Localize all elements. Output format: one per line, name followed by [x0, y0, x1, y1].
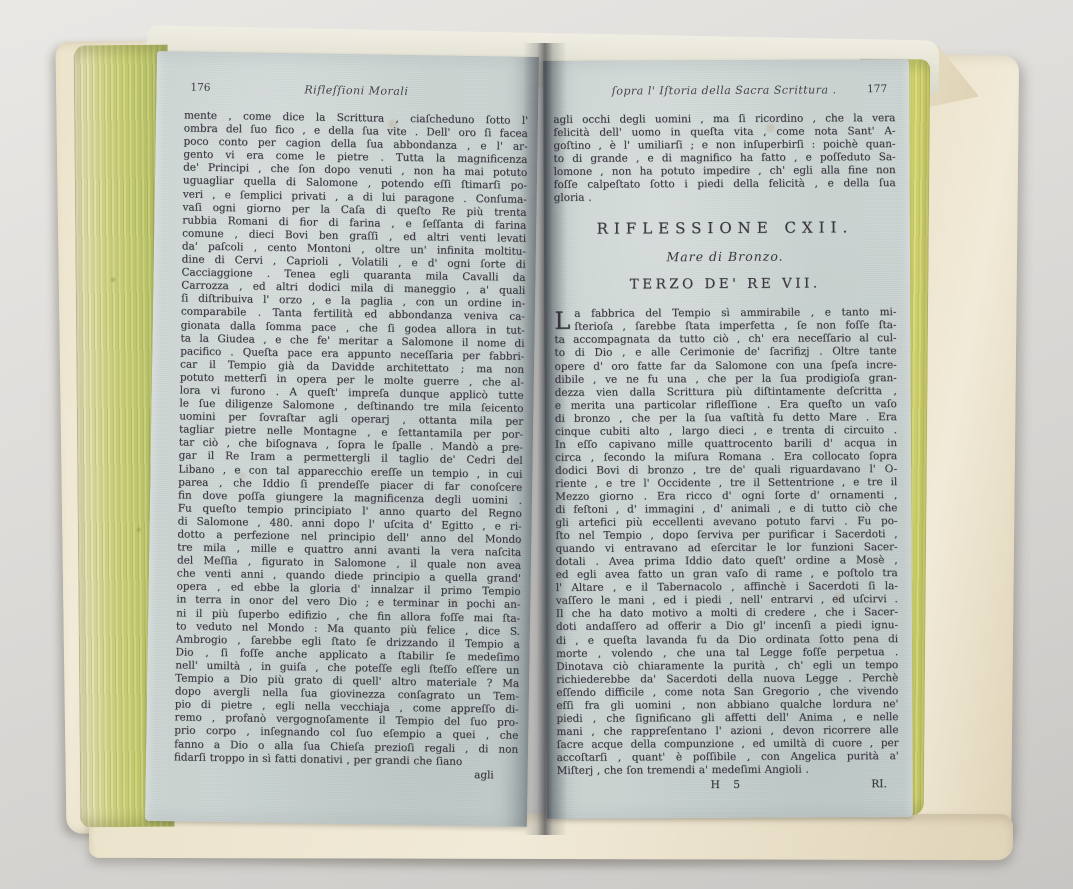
text-line: morte , volendo , che una tal Legge foſſ… — [556, 646, 898, 661]
text-line: accoſtarſi , quant' è poſſibile , con An… — [557, 750, 899, 765]
section-title: RIFLESSIONE CXII. — [554, 218, 896, 238]
right-page-intro-text: agli occhi degli uomini , ma ſi ricordin… — [553, 112, 895, 205]
right-page: ſopra l' Iſtoria della Sacra Scrittura .… — [543, 59, 913, 819]
text-line: dezza vien dalla Scrittura più diſtintam… — [555, 385, 897, 400]
text-line: doti andaſſero ad offerir a Dio gl' ince… — [556, 620, 898, 635]
book-photograph: 176 Rifleſſioni Morali mente , come dice… — [0, 0, 1073, 889]
text-line: richiederebbe da' Sacerdoti della nuova … — [556, 672, 898, 687]
page-footer: H 5 RI. — [557, 778, 899, 794]
left-page: 176 Rifleſſioni Morali mente , come dice… — [145, 51, 539, 827]
right-page-content: ſopra l' Iſtoria della Sacra Scrittura .… — [543, 59, 913, 819]
running-title-left: Rifleſſioni Morali — [184, 81, 528, 99]
left-page-header: 176 Rifleſſioni Morali — [184, 81, 528, 100]
text-line: to di Dio , e alle Cerimonie de' ſacrifi… — [555, 346, 897, 361]
text-line: dibile , ve ne fu una , che per la ſua p… — [555, 372, 897, 387]
section-subtitle: Mare di Bronzo. — [554, 248, 896, 265]
open-book: 176 Rifleſſioni Morali mente , come dice… — [55, 25, 1015, 863]
right-page-header: ſopra l' Iſtoria della Sacra Scrittura .… — [553, 83, 895, 99]
right-page-text: L a fabbrica del Tempio sì ammirabile , … — [554, 306, 898, 777]
signature-mark: H 5 — [557, 778, 899, 792]
gutter-shadow — [523, 43, 567, 835]
text-line: opere d' oro fatte far da Salomone con u… — [555, 359, 897, 374]
catchword-right: RI. — [871, 778, 887, 790]
section-reference: TERZO DE' RE VII. — [554, 275, 896, 293]
page-number-left: 176 — [190, 82, 210, 94]
page-number-right: 177 — [867, 83, 887, 95]
text-line: Miſterj , che ſon tremendi a' medeſimi A… — [557, 763, 899, 778]
left-page-text: mente , come dice la Scrittura , ciaſche… — [174, 109, 528, 769]
text-line: di , e queſta lavanda fu da Dio ordinata… — [556, 633, 898, 648]
running-title-right: ſopra l' Iſtoria della Sacra Scrittura . — [553, 83, 895, 98]
left-page-content: 176 Rifleſſioni Morali mente , come dice… — [145, 51, 539, 827]
text-line: foſſe calpeſtato ſotto i piedi della fel… — [554, 177, 896, 192]
text-line: Dinotava ciò chiaramente la purità , ch'… — [556, 659, 898, 674]
text-line: gloria . — [554, 190, 896, 205]
